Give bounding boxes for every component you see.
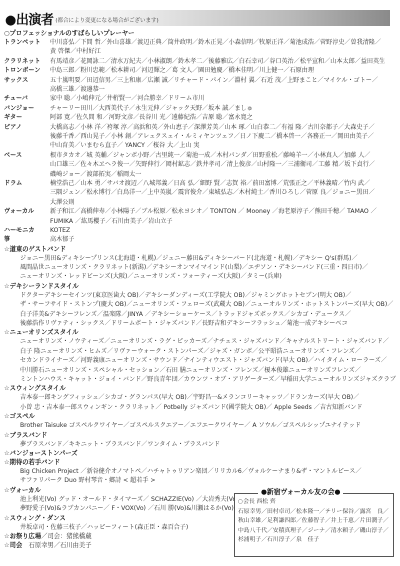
player-line: KOTEZ — [50, 226, 396, 235]
player-line: 家中 聡／小嶋伸元／井桁賢一／河合勝幸／ドリーム市川 — [50, 94, 396, 103]
band-section-heading: ☆ブラスバンド — [4, 431, 396, 440]
instrument-players: 中川喜弘／下間 哲／外山喜雄／渡辺正典／筒井政明／鈴木正晃／小森信明／牧原正洋／… — [50, 38, 396, 57]
instrument-players: 中島三郎／粉川忠範／松本耕司／河辺輝之／葛 文人／園田勉慶／橋本佳明／川上健一／… — [50, 66, 396, 75]
instrument-row: トランペット中川喜弘／下間 哲／外山喜雄／渡辺正典／筒井政明／鈴木正晃／小森信明… — [4, 38, 396, 57]
band-line: ニューオリンズ・ノウティーズ／ニューオリンズ・ラグ・ピッカーズ／ナチェス・ジャズ… — [20, 337, 396, 346]
instrument-label: ハーモニカ — [4, 226, 50, 235]
player-line: 山口雄三／佐々木ヱヘラ俊一／矢野伸行／岡村鉱志／鉄井孝司／清上俊彦／山村隆一／三… — [50, 160, 396, 169]
instrument-list: トランペット中川喜弘／下間 哲／外山喜雄／渡辺正典／筒井政明／鈴木正晃／小森信明… — [4, 38, 396, 245]
instrument-row: ギター阿部 寛／佐久間 和／河野文彦／長谷川 光／遠藤紀浩／吉原 聡／富永寛之 — [4, 113, 396, 122]
band-line: 後藤浩作リヴァティ・シックス／ドリームボート・ジャズバンド／長野吉和デキシーフラ… — [20, 319, 396, 328]
instrument-players: 高木郁子 — [50, 235, 396, 244]
player-line: 根市タカオ／城 英輔／ジャンボ小野／古里純一／菊池一成／木村パンダ／田野重松／藤… — [50, 151, 396, 160]
band-line: セカンドライナーズ／河野義康ニューオリンズ・サウンド／ナインティウエスト・ジャズ… — [20, 356, 396, 365]
player-line: 中川喜弘／下間 哲／外山喜雄／渡辺正典／筒井政明／鈴木正晃／小森信明／牧原正洋／… — [50, 38, 396, 47]
band-section-heading: ☆道東のゲストバンド — [4, 245, 396, 254]
instrument-label: トロンボーン — [4, 66, 50, 75]
player-line: 五十嵐明要／田辺信男／三上和康／広瀬 誠／リチャード・パイン／淵村 翼／石近 茂… — [50, 76, 396, 85]
footer-item-value: 石原幸男／石川由美子 — [22, 542, 91, 549]
band-line: 吉本泰一郎キングフィッシュ／シカゴ・グランパス(早大 OB)／宇野昌一&メランコ… — [20, 393, 396, 402]
instrument-players: 家中 聡／小嶋伸元／井桁賢一／河合勝幸／ドリーム市川 — [50, 94, 396, 103]
band-line: ニューオリンズ・レッドビーンズ(大阪)／ニューオリンズ・フォーティーズ(大阪)／… — [20, 272, 396, 281]
band-line: ジョニー黒田&ディキシープリンス(北海道・札幌)／ジェニー藤田&ディキシーバード… — [20, 254, 396, 263]
instrument-row: バンジョーチャーリー田川／大西美代子／永生元伸／ジャック天野／坂本 誠／ましゅ — [4, 104, 396, 113]
instrument-label: ドラム — [4, 179, 50, 207]
footer-item-heading: ☆お祭り広場 — [4, 533, 41, 540]
band-list: Brother Taisuke ゴスペルクワイヤー／ゴスペルスクエアー／エフエー… — [4, 421, 396, 430]
band-line: ザ・サーフサイド・ストンプ(慶大 OB)／ニューオリンズ・フェローズ(武蔵大 O… — [20, 300, 396, 309]
vocal-club-chair: ○会長 西松 齊 — [238, 498, 389, 508]
band-section-heading: ☆スウィングスタイル — [4, 384, 396, 393]
instrument-label: 箏 — [4, 235, 50, 244]
band-section-heading: ☆バンジョーストンパーズ — [4, 449, 396, 458]
player-line: 高橋三雄／渡邊恭一 — [50, 85, 396, 94]
instrument-players: チャーリー田川／大西美代子／永生元伸／ジャック天野／坂本 誠／ましゅ — [50, 104, 396, 113]
vocal-club-line: 石原幸男／田村卓司／松本隆一／テリー保谷／露宮 良／ — [238, 508, 389, 518]
player-line: 後藤千香／西山晃子／小林 創／アレェクスェイ・ルミィヤンツェフ／日ノ下慶二／橋本… — [50, 132, 396, 141]
instrument-label: トランペット — [4, 38, 50, 57]
instrument-players: 楠堂浩己／山本 勇／サバオ渡辺／八城邦義／日高 弘／細野 賢／志賀 裕／前田富博… — [50, 179, 396, 207]
instrument-label: バンジョー — [4, 104, 50, 113]
instrument-label: ヴォーカル — [4, 207, 50, 226]
band-line: 小曽 忠・吉本泰一郎スウィンギン・クラリネット／ Potbelly ジャズバンド… — [20, 403, 396, 412]
instrument-row: ヴォーカル新子和江／高橋伸寿／小林陽子／ブル松原／松永ヨシオ／ TONTON ／… — [4, 207, 396, 226]
instrument-players: 新子和江／高橋伸寿／小林陽子／ブル松原／松永ヨシオ／ TONTON ／ Moon… — [50, 207, 396, 226]
instrument-label: チューバ — [4, 94, 50, 103]
instrument-players: 根市タカオ／城 英輔／ジャンボ小野／古里純一／菊池一成／木村パンダ／田野重松／藤… — [50, 151, 396, 179]
player-line: チャーリー田川／大西美代子／永生元伸／ジャック天野／坂本 誠／ましゅ — [50, 104, 396, 113]
instrument-row: ベース根市タカオ／城 英輔／ジャンボ小野／古里純一／菊池一成／木村パンダ／田野重… — [4, 151, 396, 179]
band-section-heading: ☆ゴスペル — [4, 412, 396, 421]
band-line: ドクターデキシーセインツ(東京医歯大 OB)／デキシーダンディーズ(工学院大 O… — [20, 291, 396, 300]
vocal-club-title: ●新宿ヴォーカル友の会● — [258, 486, 343, 496]
instrument-players: 有馬靖彦／花岡詠二／清水万紀夫／小林淑朗／鈴木孝二／後藤雅広／白石幸司／谷口英治… — [50, 57, 396, 66]
instrument-label: クラリネット — [4, 57, 50, 66]
vocal-club-members: ○会長 西松 齊 石原幸男／田村卓司／松本隆一／テリー保谷／露宮 良／ 秋山幸雄… — [238, 498, 389, 546]
player-line: 楠堂浩己／山本 勇／サバオ渡辺／八城邦義／日高 弘／細野 賢／志賀 裕／前田富博… — [50, 179, 396, 188]
band-list: 吉本泰一郎キングフィッシュ／シカゴ・グランパス(早大 OB)／宇野昌一&メランコ… — [4, 393, 396, 412]
band-line: 白子 隆ニューオリンズ・ヒムズ／リヴァーウォーク・ストンパーズ／ジャズ・ガンボ／… — [20, 347, 396, 356]
player-line: 有馬靖彦／花岡詠二／清水万紀夫／小林淑朗／鈴木孝二／後藤雅広／白石幸司／谷口英治… — [50, 57, 396, 66]
header-note: (都合により変更になる場合がございます) — [55, 16, 158, 24]
instrument-players: 五十嵐明要／田辺信男／三上和康／広瀬 誠／リチャード・パイン／淵村 翼／石近 茂… — [50, 76, 396, 95]
vocal-club-line: 中島八千代／安積真理子／ジーナ／清水頼子／磯山淳子／ — [238, 527, 389, 537]
instrument-row: 箏高木郁子 — [4, 235, 396, 244]
instrument-row: トロンボーン中島三郎／粉川忠範／松本耕司／河辺輝之／葛 文人／園田勉慶／橋本佳明… — [4, 66, 396, 75]
instrument-row: クラリネット有馬靖彦／花岡詠二／清水万紀夫／小林淑朗／鈴木孝二／後藤雅広／白石幸… — [4, 57, 396, 66]
band-line: 中川勝石ニューオリンズ・スペシャル・セッション／石田 膳ニューオリンズ・フレンズ… — [20, 366, 396, 375]
pro-section-heading: ○プロフェッショナルのすばらしいプレーヤー — [4, 29, 396, 38]
performers-header: ●出演者 (都合により変更になる場合がございます) — [2, 10, 390, 26]
band-section-heading: ☆ニューオリンズスタイル — [4, 328, 396, 337]
player-line: 中山育美／いまむら直子／ YANCY ／桜谷 大／上山 実 — [50, 141, 396, 150]
band-section-heading: ☆期待の若手バンド — [4, 458, 396, 467]
footer-item-value: ／司会：猪熊橋蔵 — [41, 533, 91, 540]
band-list: Big Chicken Project ／新谷健介オノマトペ／ハチャトゥリアン楽… — [4, 467, 396, 486]
band-list: ジョニー黒田&ディキシープリンス(北海道・札幌)／ジェニー藤田&ディキシーバード… — [4, 254, 396, 282]
player-line: 黄 啓傑／中村好江 — [50, 47, 396, 56]
band-line: 風間晶世ニューオリンズ・クラリネット(新潟)／デキシーオンマイマインド(山梨)／… — [20, 263, 396, 272]
instrument-row: ピアノ大橋高志／小林 洋／袴塚 淳／高浜和英／外山恵子／深澤芳美／山本 琢／山白… — [4, 123, 396, 151]
instrument-row: サックス五十嵐明要／田辺信男／三上和康／広瀬 誠／リチャード・パイン／淵村 翼／… — [4, 76, 396, 95]
band-list: ニューオリンズ・ノウティーズ／ニューオリンズ・ラグ・ピッカーズ／ナチェス・ジャズ… — [4, 337, 396, 384]
player-line: 新子和江／高橋伸寿／小林陽子／ブル松原／松永ヨシオ／ TONTON ／ Moon… — [50, 207, 396, 216]
band-line: Brother Taisuke ゴスペルクワイヤー／ゴスペルスクエアー／エフエー… — [20, 421, 396, 430]
instrument-row: ハーモニカKOTEZ — [4, 226, 396, 235]
instrument-label: ベース — [4, 151, 50, 179]
instrument-label: サックス — [4, 76, 50, 95]
instrument-players: 阿部 寛／佐久間 和／河野文彦／長谷川 光／遠藤紀浩／吉原 聡／富永寛之 — [50, 113, 396, 122]
vocal-club-line: 杉浦明子／石川淳子／泉 佳子 — [238, 536, 389, 546]
instrument-players: KOTEZ — [50, 226, 396, 235]
player-line: 大澤公則 — [50, 198, 396, 207]
player-line: 磯崎ジョー／渡部拓実／稲岡太一 — [50, 170, 396, 179]
chair-name: 会長 西松 齊 — [243, 499, 276, 505]
player-line: 高木郁子 — [50, 235, 396, 244]
band-line: ミントンハウス・キャット・ジョイ・バンド／野良青年団／カウンツ・オブ・アリゲータ… — [20, 375, 396, 384]
band-line: 夢ブラスバンド／キキニット・ブラスバンド／ワンタイム・ブラスバンド — [20, 440, 396, 449]
band-line: Big Chicken Project ／新谷健介オノマトペ／ハチャトゥリアン楽… — [20, 467, 396, 476]
player-line: 阿部 寛／佐久間 和／河野文彦／長谷川 光／遠藤紀浩／吉原 聡／富永寛之 — [50, 113, 396, 122]
band-list: ドクターデキシーセインツ(東京医歯大 OB)／デキシーダンディーズ(工学院大 O… — [4, 291, 396, 329]
band-list: 夢ブラスバンド／キキニット・ブラスバンド／ワンタイム・ブラスバンド — [4, 440, 396, 449]
instrument-row: ドラム楠堂浩己／山本 勇／サバオ渡辺／八城邦義／日高 弘／細野 賢／志賀 裕／前… — [4, 179, 396, 207]
player-line: 三隅ジュン／松永博行／白鳥洋一／上中英嵐／震宮俊介／東城弘志／木村純士／香川ひろ… — [50, 188, 396, 197]
page-title: ●出演者 — [2, 9, 53, 28]
vocal-club-line: 秋山幸雄／足利謙四郎／佐藤智子／井上千恵／片田潤子／ — [238, 517, 389, 527]
footer-item-heading: ☆司会 — [4, 542, 22, 549]
player-line: 大橋高志／小林 洋／袴塚 淳／高浜和英／外山恵子／深澤芳美／山本 琢／山白恭二／… — [50, 123, 396, 132]
instrument-label: ピアノ — [4, 123, 50, 151]
instrument-label: ギター — [4, 113, 50, 122]
instrument-row: チューバ家中 聡／小嶋伸元／井桁賢一／河合勝幸／ドリーム市川 — [4, 94, 396, 103]
instrument-players: 大橋高志／小林 洋／袴塚 淳／高浜和英／外山恵子／深澤芳美／山本 琢／山白恭二／… — [50, 123, 396, 151]
player-line: FUMIKA ／紘馬櫻子／石川由美子／岩山立子 — [50, 217, 396, 226]
player-line: 中島三郎／粉川忠範／松本耕司／河辺輝之／葛 文人／園田勉慶／橋本佳明／川上健一／… — [50, 66, 396, 75]
performers-content: ○プロフェッショナルのすばらしいプレーヤー トランペット中川喜弘／下間 哲／外山… — [4, 29, 396, 551]
band-line: サファリパーク Duo 野村琴音・郷詩 < 超若手 > — [20, 476, 396, 485]
band-line: 白子洋美&デキシーフレンズ／温楽隊／JINYA ／デキシーショーケース／トラッド… — [20, 310, 396, 319]
band-section-heading: ☆デキシーランドスタイル — [4, 282, 396, 291]
